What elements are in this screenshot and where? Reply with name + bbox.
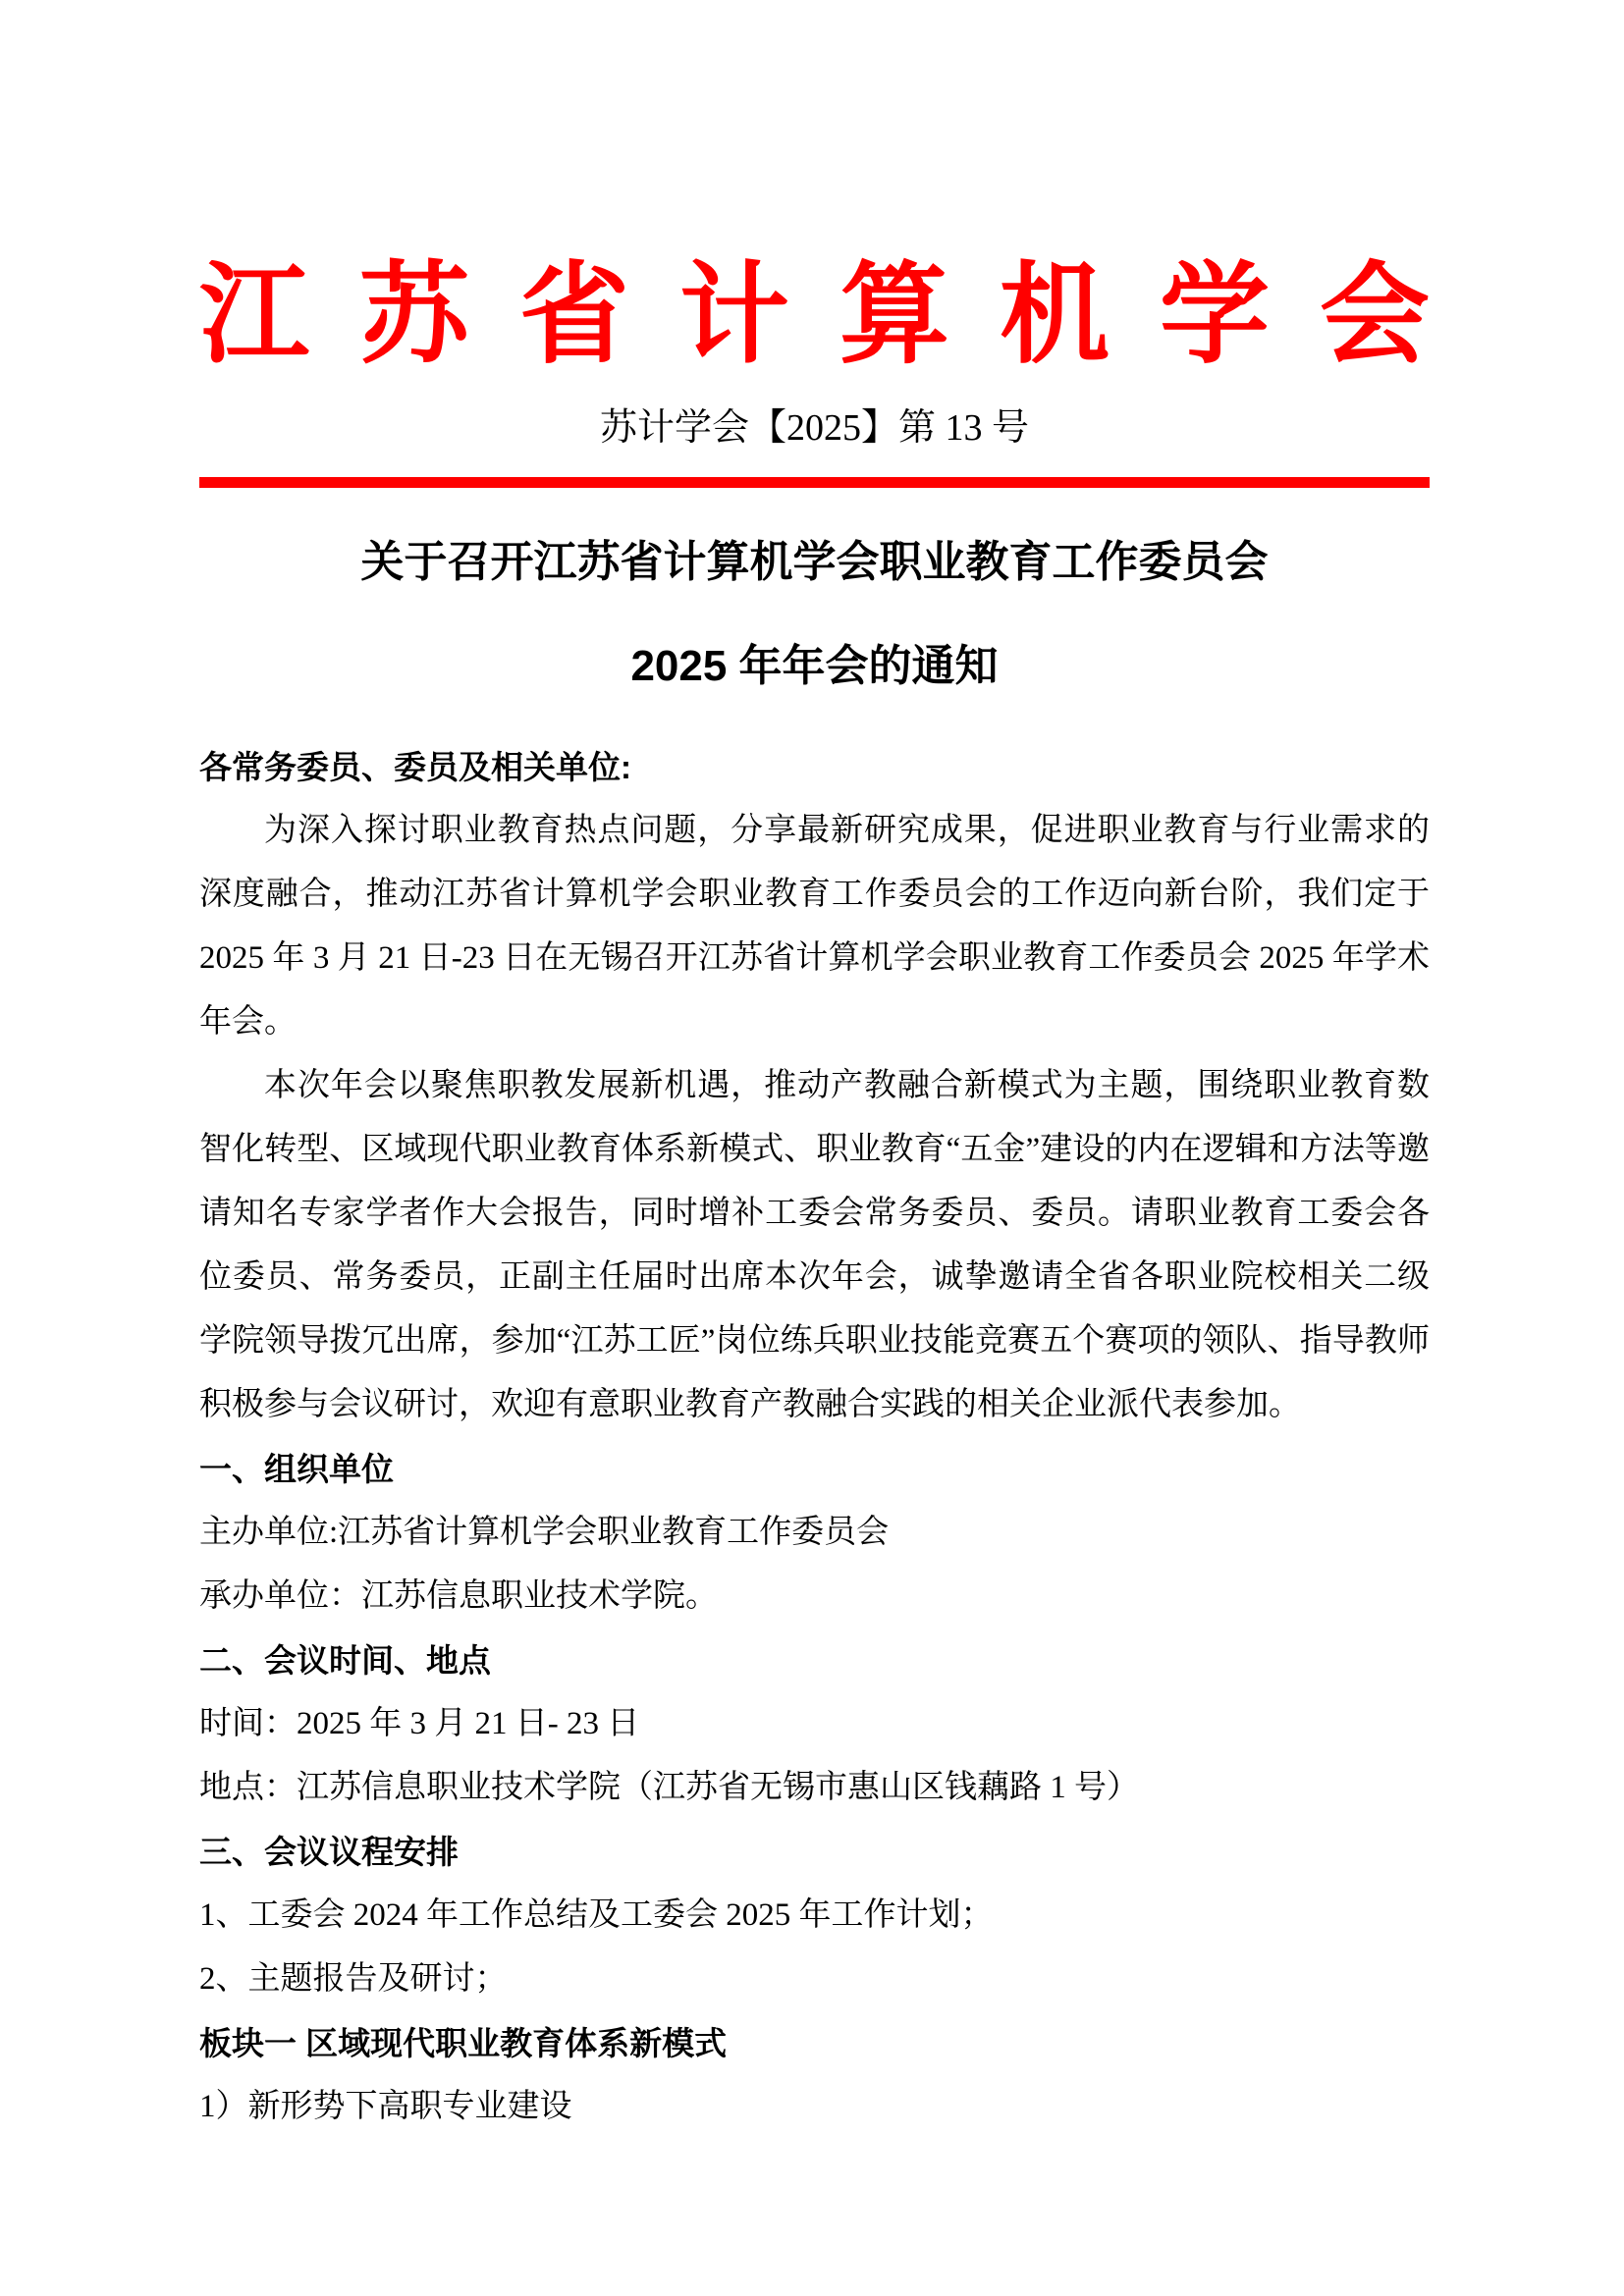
notice-body: 各常务委员、委员及相关单位: 为深入探讨职业教育热点问题，分享最新研究成果，促进… bbox=[199, 735, 1430, 2139]
agenda-block-1-heading: 板块一 区域现代职业教育体系新模式 bbox=[199, 2011, 1430, 2075]
agenda-item-2: 2、主题报告及研讨； bbox=[199, 1948, 1430, 2011]
agenda-item-1: 1、工委会 2024 年工作总结及工委会 2025 年工作计划； bbox=[199, 1884, 1430, 1948]
salutation: 各常务委员、委员及相关单位: bbox=[199, 735, 1430, 799]
organizer-unit-line: 承办单位：江苏信息职业技术学院。 bbox=[199, 1565, 1430, 1629]
meeting-location-line: 地点：江苏信息职业技术学院（江苏省无锡市惠山区钱藕路 1 号） bbox=[199, 1756, 1430, 1820]
section-2-heading: 二、会议时间、地点 bbox=[199, 1629, 1430, 1692]
agenda-block-1-topic-1: 1）新形势下高职专业建设 bbox=[199, 2075, 1430, 2139]
meeting-time-line: 时间：2025 年 3 月 21 日- 23 日 bbox=[199, 1692, 1430, 1756]
notice-title-line2: 2025 年年会的通知 bbox=[199, 645, 1430, 688]
notice-title-line1: 关于召开江苏省计算机学会职业教育工作委员会 bbox=[199, 541, 1430, 584]
doc-number: 苏计学会【2025】第 13 号 bbox=[199, 408, 1430, 450]
document-page: 江 苏 省 计 算 机 学 会 苏计学会【2025】第 13 号 关于召开江苏省… bbox=[0, 0, 1624, 2296]
section-1-heading: 一、组织单位 bbox=[199, 1437, 1430, 1501]
section-3-heading: 三、会议议程安排 bbox=[199, 1820, 1430, 1884]
red-divider-rule bbox=[199, 477, 1430, 488]
paragraph-2: 本次年会以聚焦职教发展新机遇，推动产教融合新模式为主题，围绕职业教育数智化转型、… bbox=[199, 1054, 1430, 1437]
paragraph-1: 为深入探讨职业教育热点问题，分享最新研究成果，促进职业教育与行业需求的深度融合，… bbox=[199, 799, 1430, 1054]
org-masthead-title: 江 苏 省 计 算 机 学 会 bbox=[199, 261, 1430, 371]
host-unit-line: 主办单位:江苏省计算机学会职业教育工作委员会 bbox=[199, 1501, 1430, 1565]
